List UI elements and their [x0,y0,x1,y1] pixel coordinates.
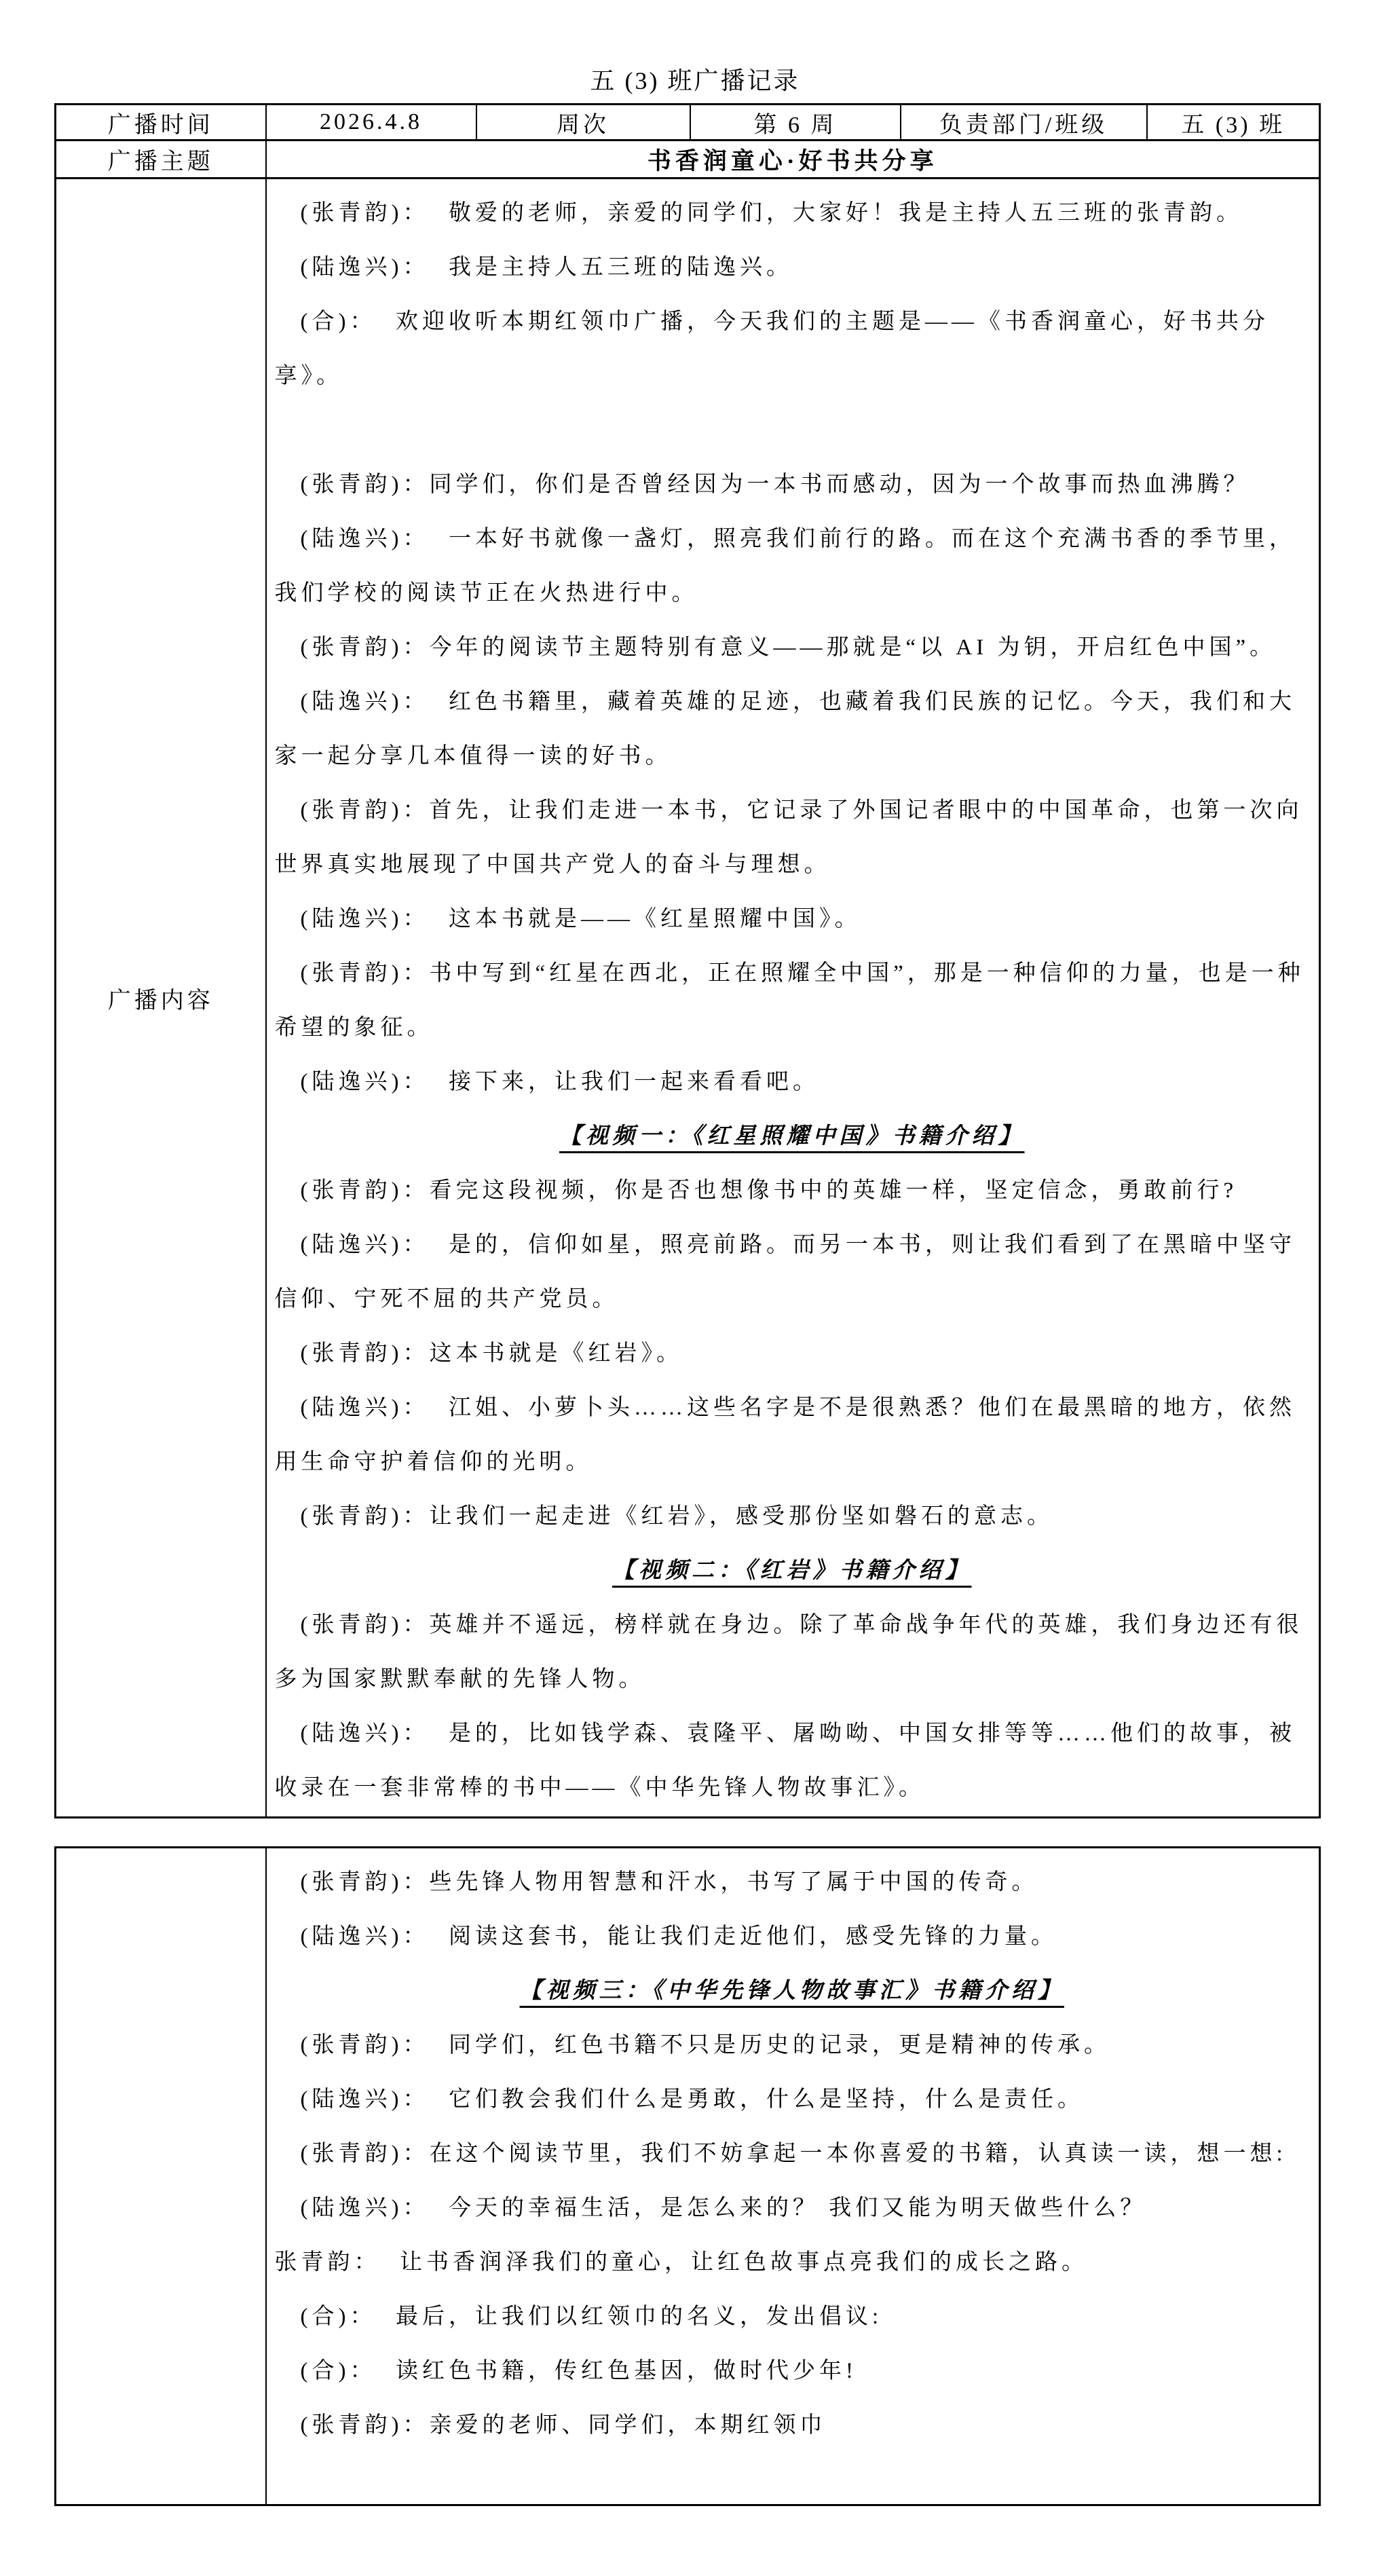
script-line: (陆逸兴)： 这本书就是——《红星照耀中国》。 [275,892,1310,946]
script-line: (陆逸兴)： 江姐、小萝卜头……这些名字是不是很熟悉？他们在最黑暗的地方，依然用… [275,1381,1310,1489]
video-cue: 【视频一：《红星照耀中国》书籍介绍】 [275,1109,1310,1163]
department-class-label: 负责部门/班级 [901,105,1147,141]
department-class-value: 五 (3) 班 [1147,105,1320,141]
empty-label-cell [56,1848,266,2505]
document-page: 五 (3) 班广播记录 广播时间 2026.4.8 周次 第 6 周 负责部门/… [0,0,1390,2576]
script-line: (陆逸兴)： 一本好书就像一盏灯，照亮我们前行的路。而在这个充满书香的季节里，我… [275,512,1310,620]
script-line: (陆逸兴)： 红色书籍里，藏着英雄的足迹，也藏着我们民族的记忆。今天，我们和大家… [275,675,1310,783]
broadcast-time-label: 广播时间 [56,105,266,141]
broadcast-content-label: 广播内容 [56,179,266,1818]
script-line: (张青韵)： 同学们，红色书籍不只是历史的记录，更是精神的传承。 [275,2018,1310,2072]
script-line: (合)： 欢迎收听本期红领巾广播，今天我们的主题是——《书香润童心，好书共分享》… [275,295,1310,403]
script-page-2: (张青韵)：些先锋人物用智慧和汗水，书写了属于中国的传奇。(陆逸兴)： 阅读这套… [267,1848,1319,2504]
script-line: 张青韵： 让书香润泽我们的童心，让红色故事点亮我们的成长之路。 [275,2235,1310,2290]
script-line: (张青韵)：在这个阅读节里，我们不妨拿起一本你喜爱的书籍，认真读一读，想一想: [275,2127,1310,2181]
script-line: (张青韵)： 敬爱的老师，亲爱的同学们，大家好！我是主持人五三班的张青韵。 [275,186,1310,240]
script-line: (张青韵)：英雄并不遥远，榜样就在身边。除了革命战争年代的英雄，我们身边还有很多… [275,1598,1310,1706]
script-line: (陆逸兴)： 接下来，让我们一起来看看吧。 [275,1055,1310,1109]
script-line: (张青韵)：首先，让我们走进一本书，它记录了外国记者眼中的中国革命，也第一次向世… [275,783,1310,892]
script-line: (张青韵)：书中写到“红星在西北，正在照耀全中国”，那是一种信仰的力量，也是一种… [275,946,1310,1055]
blank-line [275,403,1310,458]
broadcast-theme-value: 书香润童心·好书共分享 [266,141,1320,179]
script-line: (陆逸兴)： 阅读这套书，能让我们走近他们，感受先锋的力量。 [275,1909,1310,1964]
document-title: 五 (3) 班广播记录 [0,67,1390,95]
week-value: 第 6 周 [690,105,901,141]
week-label: 周次 [476,105,690,141]
script-line: (合)： 最后，让我们以红领巾的名义，发出倡议: [275,2290,1310,2344]
script-line: (张青韵)：让我们一起走进《红岩》，感受那份坚如磐石的意志。 [275,1489,1310,1544]
script-line: (张青韵)：亲爱的老师、同学们，本期红领巾 [275,2398,1310,2452]
script-line: (陆逸兴)： 是的，信仰如星，照亮前路。而另一本书，则让我们看到了在黑暗中坚守信… [275,1218,1310,1326]
script-line: (张青韵)：些先锋人物用智慧和汗水，书写了属于中国的传奇。 [275,1855,1310,1909]
script-line: (张青韵)：今年的阅读节主题特别有意义——那就是“以 AI 为钥，开启红色中国”… [275,620,1310,675]
broadcast-time-value: 2026.4.8 [266,105,476,141]
script-line: (陆逸兴)： 它们教会我们什么是勇敢，什么是坚持，什么是责任。 [275,2072,1310,2127]
broadcast-content-cell-1: (张青韵)： 敬爱的老师，亲爱的同学们，大家好！我是主持人五三班的张青韵。(陆逸… [266,179,1320,1818]
script-line: (张青韵)：看完这段视频，你是否也想像书中的英雄一样，坚定信念，勇敢前行? [275,1163,1310,1218]
broadcast-record-table-continued: (张青韵)：些先锋人物用智慧和汗水，书写了属于中国的传奇。(陆逸兴)： 阅读这套… [54,1846,1321,2506]
video-cue: 【视频三：《中华先锋人物故事汇》书籍介绍】 [275,1964,1310,2018]
script-line: (陆逸兴)： 是的，比如钱学森、袁隆平、屠呦呦、中国女排等等……他们的故事，被收… [275,1706,1310,1815]
script-page-1: (张青韵)： 敬爱的老师，亲爱的同学们，大家好！我是主持人五三班的张青韵。(陆逸… [267,179,1319,1816]
script-line: (陆逸兴)： 今天的幸福生活，是怎么来的？ 我们又能为明天做些什么？ [275,2181,1310,2235]
script-line: (张青韵)：这本书就是《红岩》。 [275,1326,1310,1381]
script-line: (合)： 读红色书籍，传红色基因，做时代少年! [275,2344,1310,2398]
broadcast-record-table: 广播时间 2026.4.8 周次 第 6 周 负责部门/班级 五 (3) 班 广… [54,103,1321,1818]
broadcast-content-cell-2: (张青韵)：些先锋人物用智慧和汗水，书写了属于中国的传奇。(陆逸兴)： 阅读这套… [266,1848,1320,2505]
broadcast-theme-label: 广播主题 [56,141,266,179]
script-line: (张青韵)：同学们，你们是否曾经因为一本书而感动，因为一个故事而热血沸腾？ [275,458,1310,512]
video-cue: 【视频二：《红岩》书籍介绍】 [275,1544,1310,1598]
script-line: (陆逸兴)： 我是主持人五三班的陆逸兴。 [275,240,1310,295]
